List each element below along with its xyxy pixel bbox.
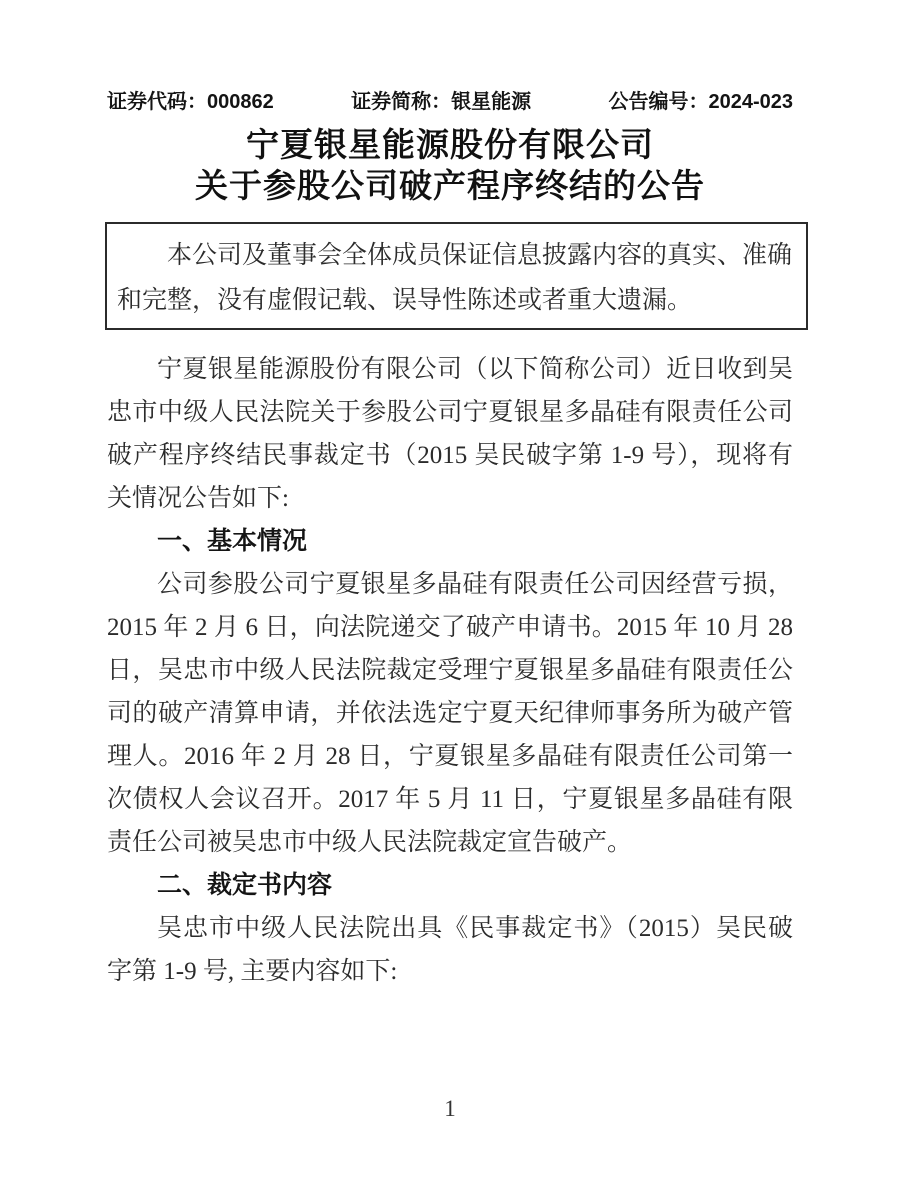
section-2-heading: 二、裁定书内容 [107,864,793,907]
company-name-title: 宁夏银星能源股份有限公司 [107,126,793,166]
section-1-heading: 一、基本情况 [107,520,793,563]
disclaimer-text: 本公司及董事会全体成员保证信息披露内容的真实、准确和完整，没有虚假记载、误导性陈… [117,233,792,323]
announcement-subject-title: 关于参股公司破产程序终结的公告 [107,167,793,207]
stock-abbr-value: 银星能源 [451,91,531,113]
disclaimer-box: 本公司及董事会全体成员保证信息披露内容的真实、准确和完整，没有虚假记载、误导性陈… [105,222,808,330]
stock-abbr: 证券简称：银星能源 [351,88,531,116]
stock-code: 证券代码：000862 [107,88,274,116]
stock-code-value: 000862 [207,91,274,113]
securities-header-row: 证券代码：000862 证券简称：银星能源 公告编号：2024-023 [107,88,793,116]
announcement-number: 公告编号：2024-023 [608,88,793,116]
announcement-number-value: 2024-023 [708,91,793,113]
stock-code-label: 证券代码： [107,91,207,113]
intro-paragraph: 宁夏银星能源股份有限公司（以下简称公司）近日收到吴忠市中级人民法院关于参股公司宁… [107,348,793,520]
announcement-body: 宁夏银星能源股份有限公司（以下简称公司）近日收到吴忠市中级人民法院关于参股公司宁… [107,348,793,993]
announcement-document: 证券代码：000862 证券简称：银星能源 公告编号：2024-023 宁夏银星… [0,0,900,1200]
announcement-number-label: 公告编号： [608,91,708,113]
stock-abbr-label: 证券简称： [351,91,451,113]
section-2-paragraph: 吴忠市中级人民法院出具《民事裁定书》（2015）吴民破字第 1-9 号, 主要内… [107,907,793,993]
section-1-paragraph: 公司参股公司宁夏银星多晶硅有限责任公司因经营亏损，2015 年 2 月 6 日，… [107,563,793,864]
page-number: 1 [0,1094,900,1124]
